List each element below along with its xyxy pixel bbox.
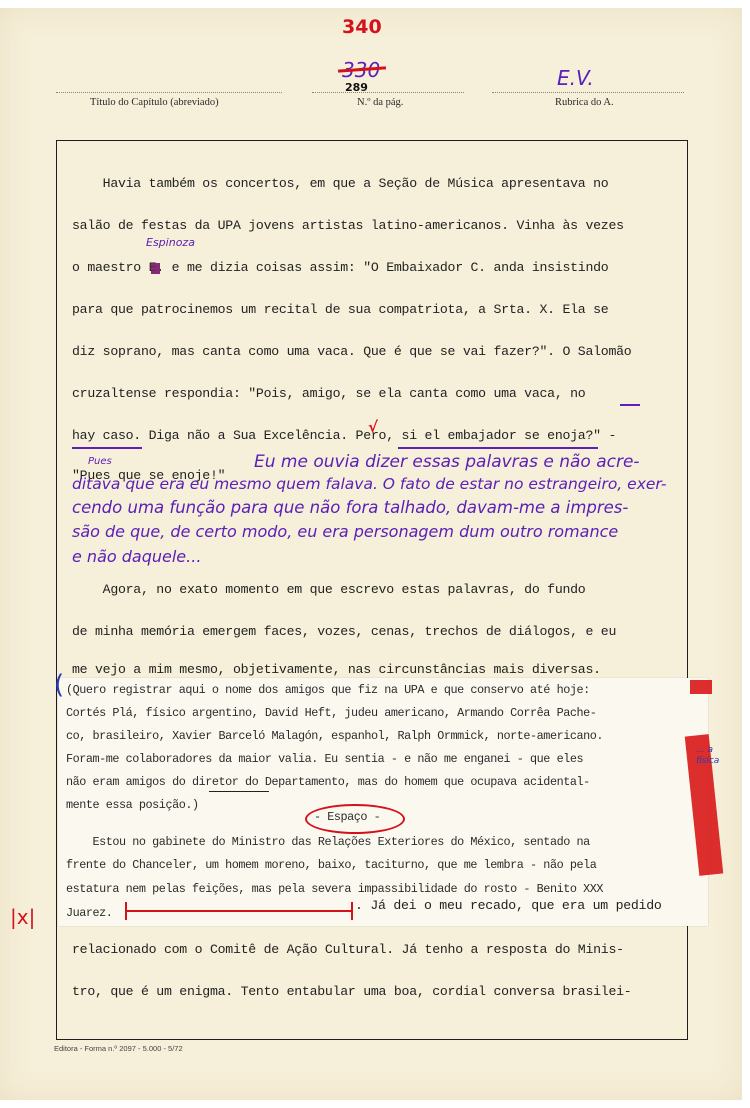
- rubric-label: Rubrica do A.: [555, 97, 614, 108]
- handwritten-line: Eu me ouvia dizer essas palavras e não a…: [254, 452, 640, 472]
- text-line: tro, que é um enigma. Tento entabular um…: [72, 984, 631, 999]
- red-margin-blot: [690, 680, 712, 694]
- text-line: Havia também os concertos, em que a Seçã…: [72, 176, 608, 191]
- insertion-espinoza: Espinoza: [146, 236, 195, 249]
- bracket-mark: (: [54, 670, 64, 700]
- handwritten-line: ditava que era eu mesmo quem falava. O f…: [72, 475, 667, 493]
- slip-line: (Quero registrar aqui o nome dos amigos …: [66, 683, 590, 697]
- handwritten-line: e não daquele...: [72, 547, 201, 566]
- text-line: Agora, no exato momento em que escrevo e…: [72, 582, 585, 597]
- text-line: relacionado com o Comitê de Ação Cultura…: [72, 942, 624, 957]
- chapter-title-field: [56, 92, 282, 94]
- right-margin-note: ... a física: [696, 745, 732, 767]
- underline-mark: [209, 791, 269, 792]
- text-line: . Já dei o meu recado, que era um pedido: [355, 898, 662, 913]
- author-rubric: E.V.: [557, 66, 594, 90]
- slip-line: Cortés Plá, físico argentino, David Heft…: [66, 706, 596, 720]
- page-number-label: N.º da pág.: [357, 97, 403, 108]
- correction-blot: [151, 263, 160, 274]
- slip-line: co, brasileiro, Xavier Barceló Malagón, …: [66, 729, 603, 743]
- text-line: para que patrocinemos um recital de sua …: [72, 302, 608, 317]
- left-margin-mark: |x|: [10, 905, 35, 929]
- handwritten-line: cendo uma função para que não fora talha…: [72, 498, 628, 517]
- slip-line: Foram-me colaboradores da maior valia. E…: [66, 752, 583, 766]
- page-number-new: 340: [342, 16, 382, 38]
- slip-line: Estou no gabinete do Ministro das Relaçõ…: [66, 835, 590, 849]
- slip-line: mente essa posição.): [66, 798, 199, 812]
- rubric-field: [492, 92, 684, 94]
- text-line: me vejo a mim mesmo, objetivamente, nas …: [72, 662, 601, 677]
- underline-mark: [398, 447, 598, 449]
- deletion-line: [125, 910, 353, 912]
- text-line: diz soprano, mas canta como uma vaca. Qu…: [72, 344, 631, 359]
- deletion-bracket-left: [125, 902, 127, 920]
- underline-mark: [620, 404, 640, 406]
- slip-line: estatura nem pelas feições, mas pela sev…: [66, 882, 603, 896]
- proof-mark-icon: √: [368, 418, 378, 436]
- chapter-title-label: Título do Capítulo (abreviado): [90, 97, 219, 108]
- printer-imprint: Editora - Forma n.º 2097 - 5.000 - 5/72: [54, 1044, 183, 1053]
- insertion-pues: Pues: [88, 456, 112, 467]
- slip-line: frente do Chanceler, um homem moreno, ba…: [66, 858, 596, 872]
- slip-line: Juarez.: [66, 906, 112, 920]
- text-line: hay caso. Diga não a Sua Excelência. Per…: [72, 428, 616, 443]
- text-line: cruzaltense respondia: "Pois, amigo, se …: [72, 386, 585, 401]
- handwritten-line: são de que, de certo modo, eu era person…: [72, 522, 618, 541]
- page-number-field: [312, 92, 464, 94]
- underline-mark: [72, 447, 142, 449]
- section-break: - Espaço -: [314, 810, 380, 824]
- slip-line: não eram amigos do diretor do Departamen…: [66, 775, 590, 789]
- deletion-bracket-right: [351, 902, 353, 920]
- text-line: salão de festas da UPA jovens artistas l…: [72, 218, 624, 233]
- text-line: de minha memória emergem faces, vozes, c…: [72, 624, 616, 639]
